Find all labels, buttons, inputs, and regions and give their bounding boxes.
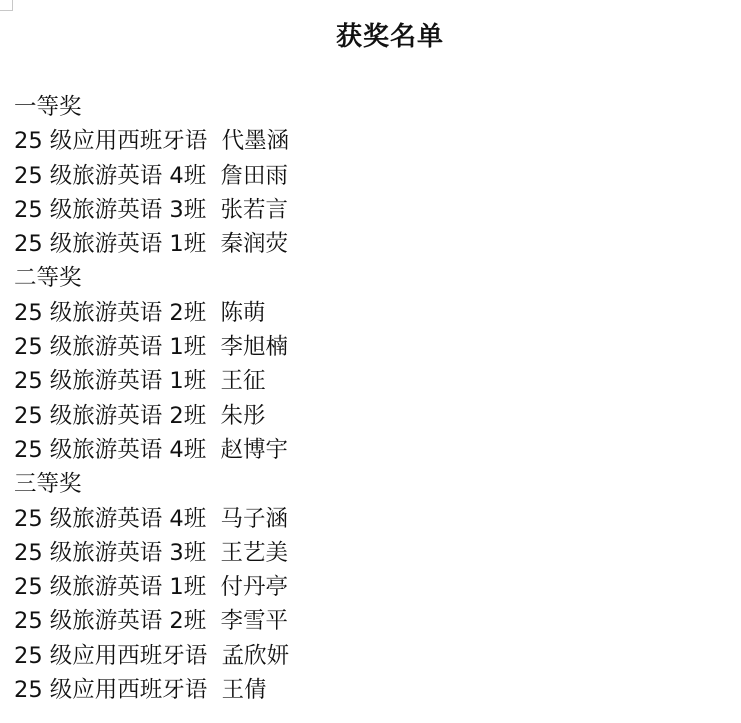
list-item: 25 级应用西班牙语 王倩 xyxy=(14,673,289,707)
list-item: 25 级旅游英语 1班 李旭楠 xyxy=(14,330,289,364)
section-heading-first-prize: 一等奖 xyxy=(14,90,289,124)
list-item: 25 级旅游英语 2班 李雪平 xyxy=(14,604,289,638)
section-heading-second-prize: 二等奖 xyxy=(14,261,289,295)
document-title: 获奖名单 xyxy=(0,16,741,53)
list-item: 25 级旅游英语 1班 王征 xyxy=(14,364,289,398)
list-item: 25 级旅游英语 1班 付丹亭 xyxy=(14,570,289,604)
list-item: 25 级应用西班牙语 孟欣妍 xyxy=(14,639,289,673)
award-list: 一等奖 25 级应用西班牙语 代墨涵 25 级旅游英语 4班 詹田雨 25 级旅… xyxy=(14,90,289,707)
section-heading-third-prize: 三等奖 xyxy=(14,467,289,501)
list-item: 25 级旅游英语 3班 王艺美 xyxy=(14,536,289,570)
list-item: 25 级应用西班牙语 代墨涵 xyxy=(14,124,289,158)
list-item: 25 级旅游英语 4班 赵博宇 xyxy=(14,433,289,467)
list-item: 25 级旅游英语 1班 秦润荧 xyxy=(14,227,289,261)
page-corner-mark xyxy=(0,0,13,11)
list-item: 25 级旅游英语 2班 朱彤 xyxy=(14,399,289,433)
list-item: 25 级旅游英语 2班 陈萌 xyxy=(14,296,289,330)
list-item: 25 级旅游英语 4班 詹田雨 xyxy=(14,159,289,193)
list-item: 25 级旅游英语 3班 张若言 xyxy=(14,193,289,227)
list-item: 25 级旅游英语 4班 马子涵 xyxy=(14,502,289,536)
